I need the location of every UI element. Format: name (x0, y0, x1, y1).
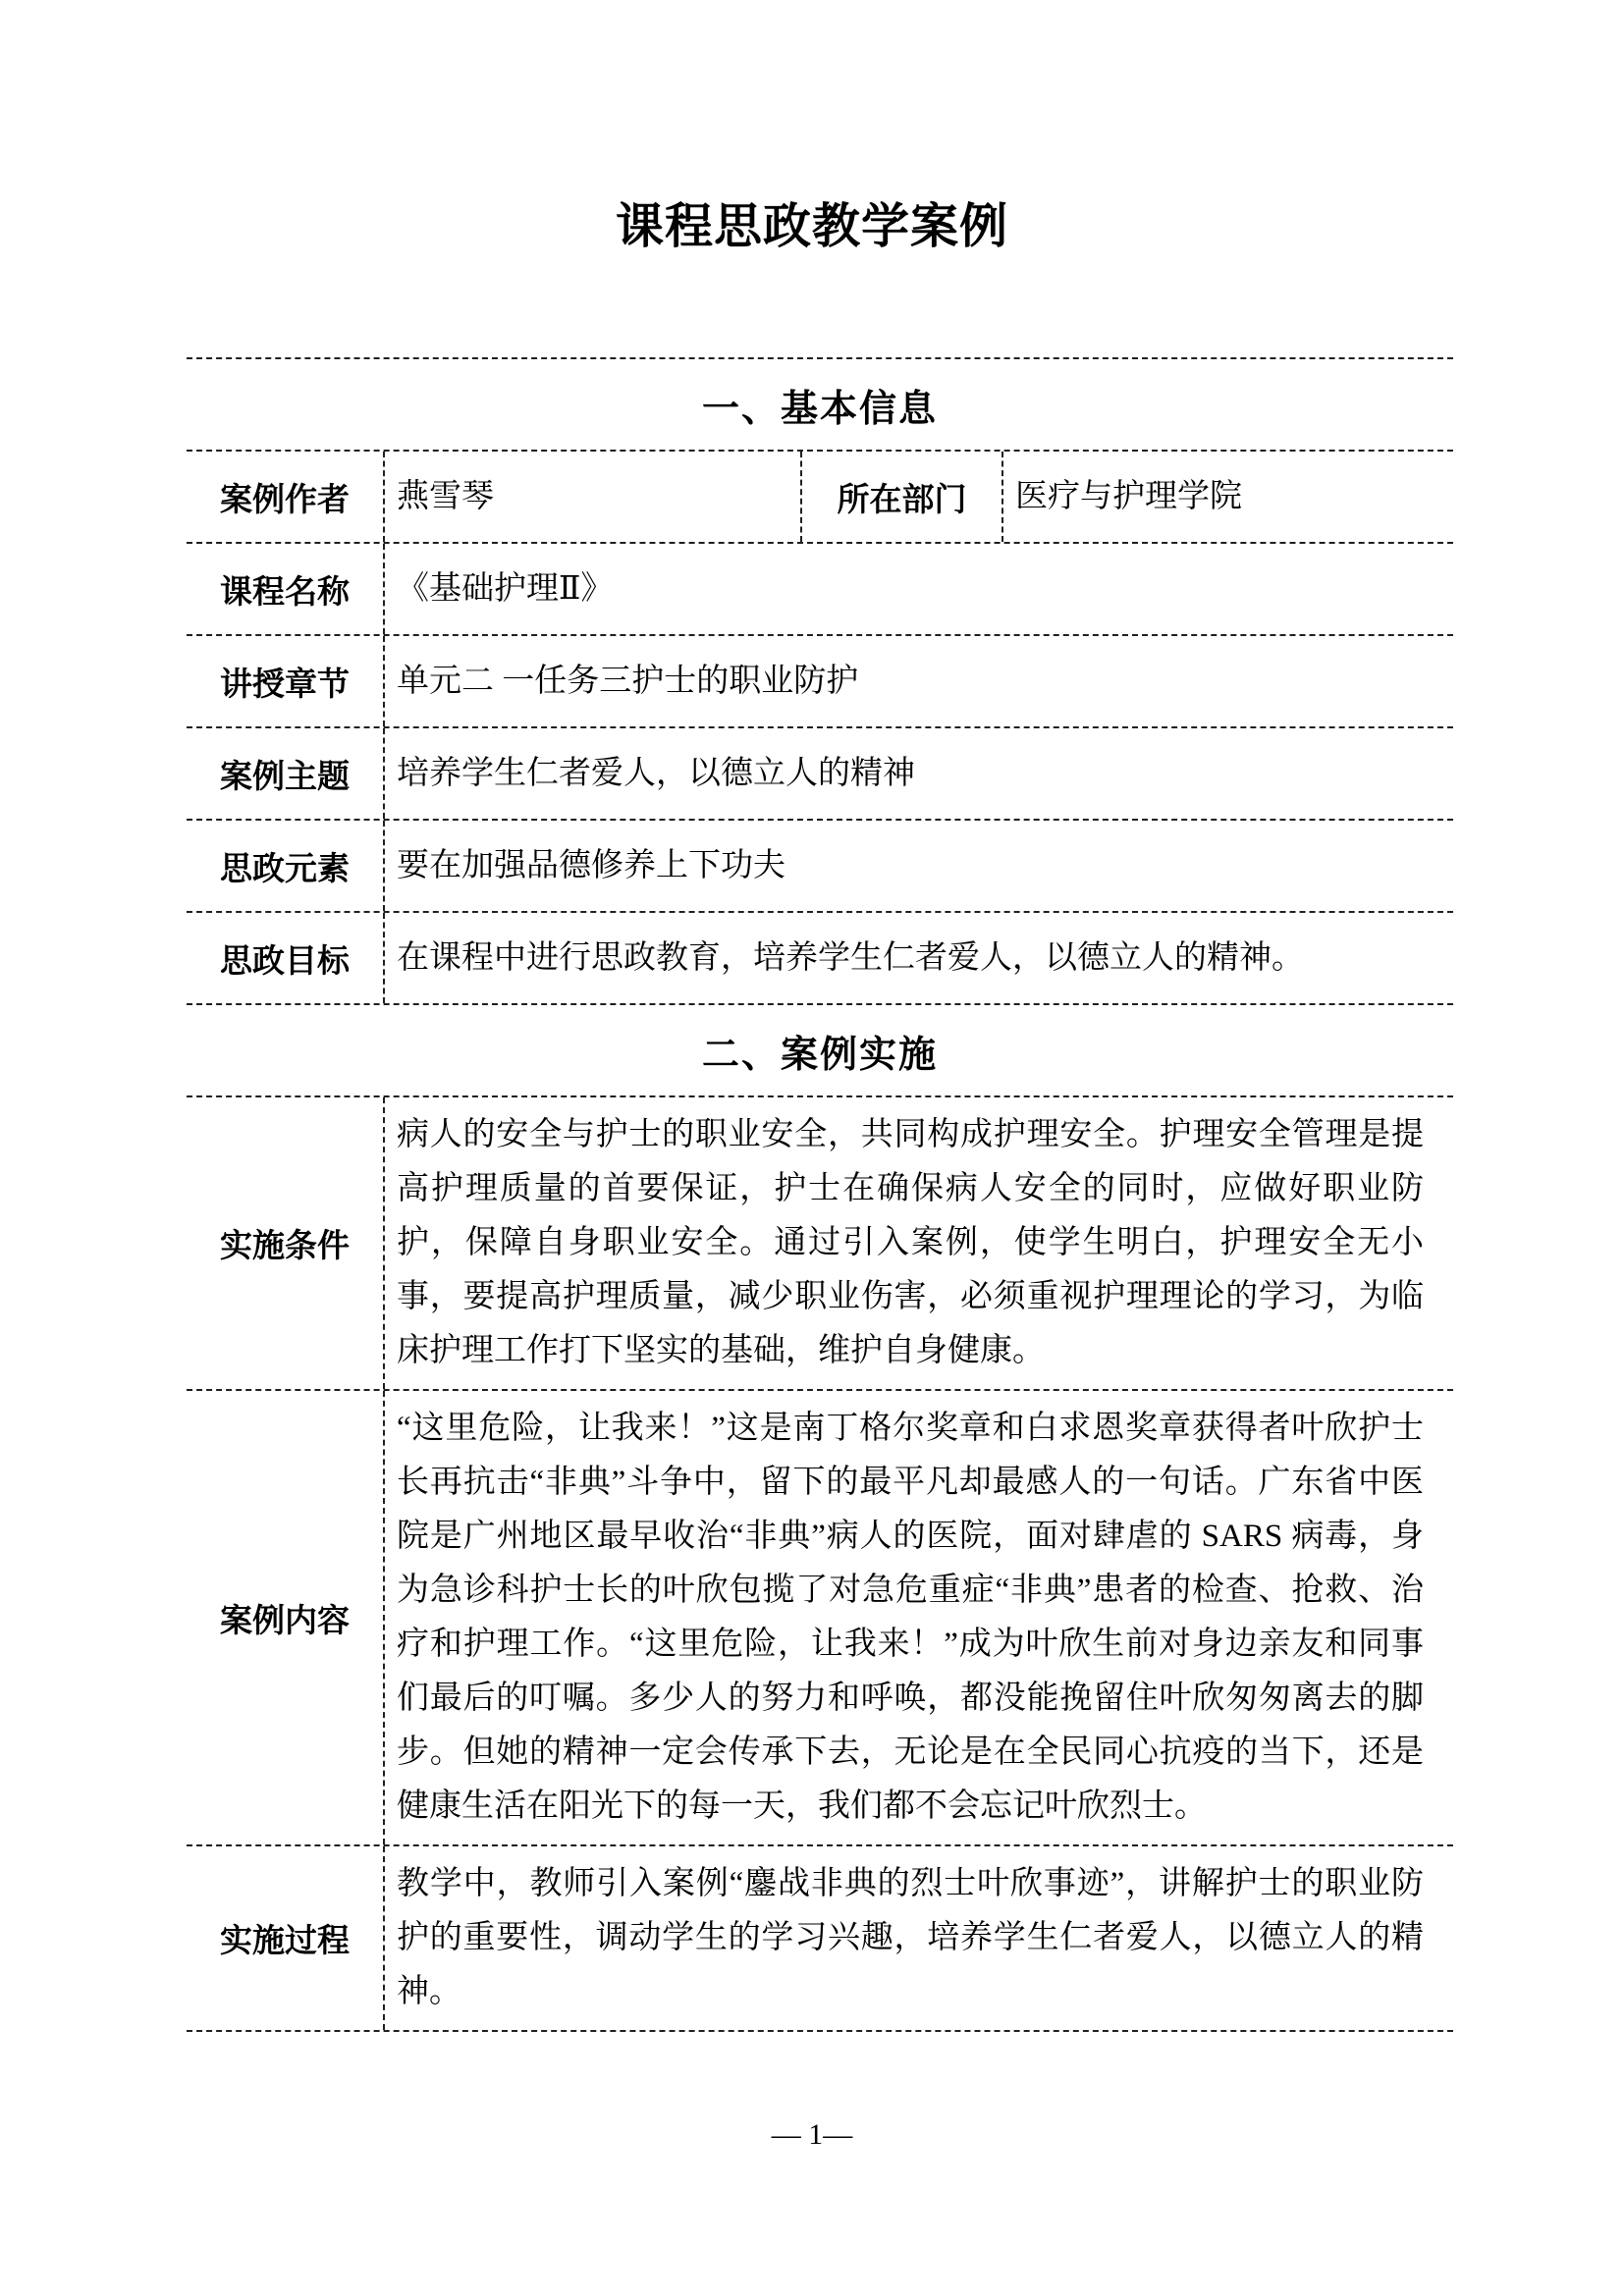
author-label: 案例作者 (187, 452, 383, 542)
section-heading-text: 二、案例实施 (702, 1024, 938, 1078)
row-value: 单元二 一任务三护士的职业防护 (383, 636, 1453, 726)
row-value-paragraph: 病人的安全与护士的职业安全，共同构成护理安全。护理安全管理是提高护理质量的首要保… (383, 1097, 1453, 1389)
row-value: 培养学生仁者爱人，以德立人的精神 (383, 728, 1453, 819)
table-row-course-name: 课程名称 《基础护理Ⅱ》 (187, 544, 1453, 636)
section-heading-text: 一、基本信息 (702, 378, 938, 432)
table-row-ideology-goal: 思政目标 在课程中进行思政教育，培养学生仁者爱人，以德立人的精神。 (187, 913, 1453, 1005)
row-value: 要在加强品德修养上下功夫 (383, 821, 1453, 911)
row-value: 《基础护理Ⅱ》 (383, 544, 1453, 634)
department-value: 医疗与护理学院 (1001, 452, 1453, 542)
row-label: 案例内容 (187, 1391, 383, 1844)
table-row-chapter: 讲授章节 单元二 一任务三护士的职业防护 (187, 636, 1453, 728)
row-label: 讲授章节 (187, 636, 383, 726)
row-label: 案例主题 (187, 728, 383, 819)
document-title: 课程思政教学案例 (0, 196, 1624, 257)
row-label: 课程名称 (187, 544, 383, 634)
table-row-case-content: 案例内容 “这里危险，让我来！”这是南丁格尔奖章和白求恩奖章获得者叶欣护士长再抗… (187, 1391, 1453, 1846)
row-value: 在课程中进行思政教育，培养学生仁者爱人，以德立人的精神。 (383, 913, 1453, 1003)
table-row-implementation-conditions: 实施条件 病人的安全与护士的职业安全，共同构成护理安全。护理安全管理是提高护理质… (187, 1097, 1453, 1391)
table-row-implementation-process: 实施过程 教学中，教师引入案例“鏖战非典的烈士叶欣事迹”，讲解护士的职业防护的重… (187, 1846, 1453, 2032)
table-row-author-department: 案例作者 燕雪琴 所在部门 医疗与护理学院 (187, 452, 1453, 544)
section-heading-basic-info: 一、基本信息 (187, 359, 1453, 452)
department-label: 所在部门 (800, 452, 1001, 542)
row-value-paragraph: 教学中，教师引入案例“鏖战非典的烈士叶欣事迹”，讲解护士的职业防护的重要性，调动… (383, 1846, 1453, 2030)
row-label: 实施过程 (187, 1846, 383, 2030)
document-page: 课程思政教学案例 一、基本信息 案例作者 燕雪琴 所在部门 医疗与护理学院 课程… (0, 0, 1624, 2296)
page-number: — 1— (0, 2116, 1624, 2154)
table-row-ideology-element: 思政元素 要在加强品德修养上下功夫 (187, 821, 1453, 913)
row-label: 思政元素 (187, 821, 383, 911)
table-row-case-theme: 案例主题 培养学生仁者爱人，以德立人的精神 (187, 728, 1453, 821)
row-value-paragraph: “这里危险，让我来！”这是南丁格尔奖章和白求恩奖章获得者叶欣护士长再抗击“非典”… (383, 1391, 1453, 1844)
author-value: 燕雪琴 (383, 452, 800, 542)
section-heading-implementation: 二、案例实施 (187, 1005, 1453, 1097)
row-label: 实施条件 (187, 1097, 383, 1389)
case-form-table: 一、基本信息 案例作者 燕雪琴 所在部门 医疗与护理学院 课程名称 《基础护理Ⅱ… (187, 357, 1453, 2032)
row-label: 思政目标 (187, 913, 383, 1003)
